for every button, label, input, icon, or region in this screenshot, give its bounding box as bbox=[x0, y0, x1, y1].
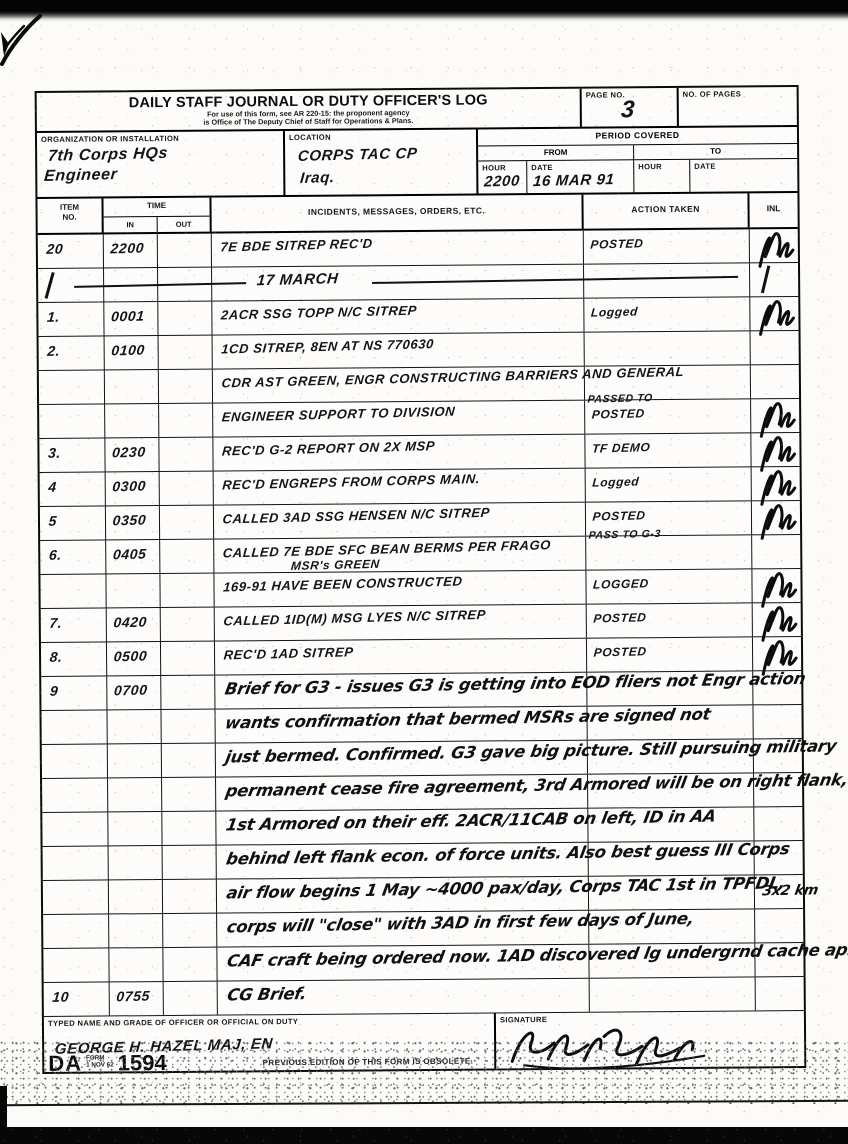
action-taken: Logged bbox=[592, 474, 640, 489]
margin-note: 3x2 km bbox=[761, 882, 819, 899]
scan-noise-band bbox=[0, 1040, 848, 1104]
action-taken: LOGGED bbox=[593, 576, 650, 591]
from-hour-label: HOUR bbox=[478, 161, 526, 172]
location-cell: LOCATION CORPS TAC CP Iraq. bbox=[285, 130, 478, 196]
log-table-body: 2022007E BDE SITREP REC'DPOSTED17 MARCH1… bbox=[38, 229, 804, 1017]
organization-value-line2: Engineer bbox=[43, 166, 118, 186]
period-covered-cell: PERIOD COVERED FROM TO HOUR 2200 DATE 16… bbox=[478, 127, 797, 194]
item-no: 5 bbox=[48, 513, 58, 529]
time-in: 0700 bbox=[113, 682, 148, 699]
item-no: 10 bbox=[52, 988, 70, 1004]
action-taken: Logged bbox=[590, 304, 638, 319]
item-no: 6. bbox=[48, 547, 62, 563]
organization-value-line1: 7th Corps HQs bbox=[47, 145, 168, 166]
time-in: 2200 bbox=[110, 240, 145, 257]
item-no: 9 bbox=[49, 683, 59, 699]
page-no-value: 3 bbox=[620, 96, 636, 124]
from-hour-value: 2200 bbox=[483, 173, 520, 191]
form-header-row2: ORGANIZATION OR INSTALLATION 7th Corps H… bbox=[37, 127, 797, 199]
to-date-cell: DATE bbox=[690, 159, 797, 192]
action-taken: TF DEMO bbox=[591, 440, 650, 455]
item-no: 20 bbox=[46, 240, 64, 256]
form-header-row: DAILY STAFF JOURNAL OR DUTY OFFICER'S LO… bbox=[37, 87, 797, 133]
action-taken: POSTED bbox=[590, 236, 644, 251]
period-from-label: FROM bbox=[478, 145, 634, 160]
no-label: NO. bbox=[38, 212, 102, 223]
out-label: OUT bbox=[158, 217, 210, 232]
period-values-row: HOUR 2200 DATE 16 MAR 91 HOUR DATE bbox=[478, 159, 797, 194]
in-label: IN bbox=[104, 217, 158, 232]
time-in: 0001 bbox=[110, 308, 145, 325]
scan-bottom-edge-band bbox=[0, 1127, 848, 1144]
time-in: 0755 bbox=[116, 988, 151, 1005]
time-in: 0500 bbox=[113, 648, 148, 665]
col-header-inl: INL bbox=[749, 193, 797, 227]
scanned-document-page: DAILY STAFF JOURNAL OR DUTY OFFICER'S LO… bbox=[0, 0, 848, 1144]
form-tilt-wrapper: DAILY STAFF JOURNAL OR DUTY OFFICER'S LO… bbox=[0, 0, 848, 1144]
no-of-pages-cell: NO. OF PAGES bbox=[679, 87, 797, 126]
item-no: 3. bbox=[48, 445, 62, 461]
log-table-header: ITEM NO. TIME IN OUT INCIDENTS, MESSAGES… bbox=[37, 193, 797, 235]
form-title-cell: DAILY STAFF JOURNAL OR DUTY OFFICER'S LO… bbox=[37, 89, 582, 131]
col-header-incidents: INCIDENTS, MESSAGES, ORDERS, ETC. bbox=[211, 195, 583, 232]
col-header-action: ACTION TAKEN bbox=[583, 193, 749, 228]
from-date-value: 16 MAR 91 bbox=[532, 171, 615, 190]
location-value-line2: Iraq. bbox=[299, 169, 335, 187]
no-of-pages-label: NO. OF PAGES bbox=[679, 87, 797, 99]
scan-top-edge-band bbox=[0, 0, 848, 22]
time-in: 0230 bbox=[112, 444, 147, 461]
from-date-cell: DATE 16 MAR 91 bbox=[527, 160, 634, 193]
incident-text: CG Brief. bbox=[226, 984, 308, 1004]
typed-name-label: TYPED NAME AND GRADE OF OFFICER OR OFFIC… bbox=[44, 1013, 494, 1028]
to-hour-label: HOUR bbox=[634, 160, 689, 171]
item-no: 8. bbox=[49, 649, 63, 665]
action-taken: POSTED bbox=[593, 610, 647, 625]
from-hour-cell: HOUR 2200 bbox=[478, 161, 527, 193]
col-header-time: TIME IN OUT bbox=[103, 198, 211, 233]
incident-subtext: MSR's GREEN bbox=[290, 557, 380, 573]
location-value-line1: CORPS TAC CP bbox=[297, 145, 418, 165]
action-taken: POSTED bbox=[593, 644, 647, 659]
to-date-label: DATE bbox=[690, 159, 797, 171]
divider-text: 17 MARCH bbox=[256, 270, 339, 289]
initials-mark bbox=[752, 502, 798, 547]
time-in: 0100 bbox=[111, 342, 146, 359]
item-label: ITEM bbox=[37, 202, 101, 213]
action-taken-note: PASSED TO bbox=[587, 392, 653, 406]
action-taken: POSTED bbox=[592, 508, 646, 523]
item-no: 2. bbox=[47, 343, 61, 359]
item-no: 1. bbox=[46, 309, 60, 325]
corner-fold-mark bbox=[0, 4, 64, 78]
action-taken-note: PASS TO G-3 bbox=[588, 528, 661, 542]
to-hour-cell: HOUR bbox=[634, 160, 690, 192]
item-no: 7. bbox=[49, 615, 63, 631]
time-in: 0300 bbox=[112, 478, 147, 495]
period-to-label: TO bbox=[634, 144, 797, 159]
time-in: 0420 bbox=[113, 614, 148, 631]
time-in: 0405 bbox=[112, 546, 147, 563]
time-in: 0350 bbox=[112, 512, 147, 529]
from-date-label: DATE bbox=[527, 160, 633, 172]
da-form-1594: DAILY STAFF JOURNAL OR DUTY OFFICER'S LO… bbox=[35, 85, 807, 1074]
initials-mark bbox=[750, 230, 796, 275]
item-no: 4 bbox=[48, 479, 58, 495]
organization-cell: ORGANIZATION OR INSTALLATION 7th Corps H… bbox=[37, 131, 285, 197]
time-label: TIME bbox=[103, 198, 209, 218]
col-header-item-no: ITEM NO. bbox=[37, 198, 103, 233]
action-taken: POSTED bbox=[591, 406, 645, 421]
initials-mark bbox=[750, 298, 796, 343]
time-subheaders: IN OUT bbox=[104, 217, 210, 233]
page-no-cell: PAGE NO. 3 bbox=[582, 88, 679, 127]
